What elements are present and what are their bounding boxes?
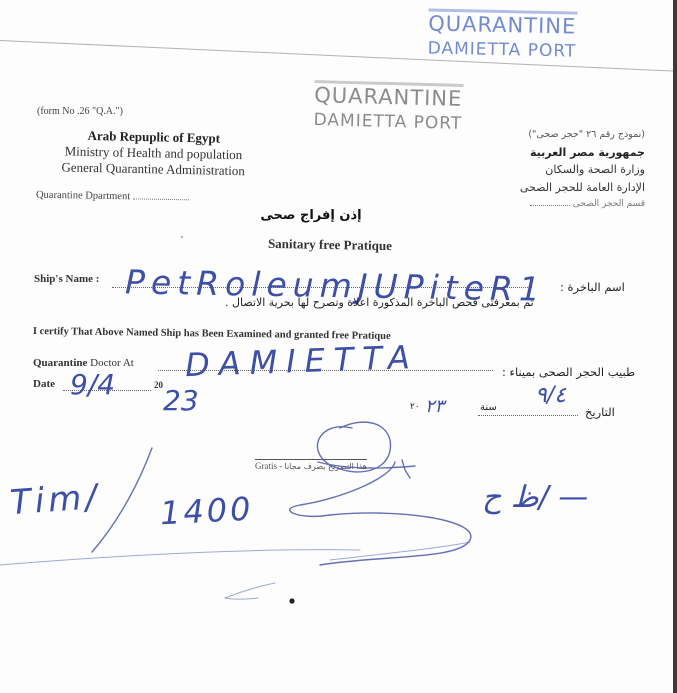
year-handwritten: 23 xyxy=(163,384,199,417)
ship-name-label: Ship's Name : xyxy=(34,273,99,285)
year-handwritten-ar: ٢٣ xyxy=(425,396,444,417)
department-blank-ar xyxy=(530,197,570,206)
administration-name-ar: الإدارة العامة للحجر الصحى xyxy=(445,179,645,197)
gratis-note: Gratis - هذا التصريح يصرف مجانا xyxy=(255,459,367,471)
title-en: Sanitary free Pratique xyxy=(255,236,405,255)
department-blank xyxy=(133,190,189,200)
department-field-ar: قسم الحجر الصحى xyxy=(445,196,645,214)
certify-text-en: I certify That Above Named Ship has Been… xyxy=(33,326,391,342)
stamp-line-1: QUARANTINE xyxy=(314,80,463,110)
stamp-line-2: DAMIETTA PORT xyxy=(428,40,577,60)
year-label-ar: سنة xyxy=(480,402,497,413)
quarantine-stamp-gray: QUARANTINE DAMIETTA PORT xyxy=(313,80,463,133)
ministry-name-ar: وزارة الصحة والسكان xyxy=(445,161,645,179)
date-label: Date xyxy=(33,378,55,390)
header-ar: (نموذج رقم ٢٦ "حجر صحى") جمهورية مصر الع… xyxy=(445,126,645,214)
year-prefix: 20 xyxy=(154,380,163,390)
form-number-en: (form No .26 "Q.A.") xyxy=(37,106,123,117)
year-prefix-ar: ٢٠ xyxy=(410,402,420,412)
quarantine-stamp-blue: QUARANTINE DAMIETTA PORT xyxy=(428,8,578,60)
gratis-en: Gratis - xyxy=(255,461,282,471)
certificate-page: QUARANTINE DAMIETTA PORT QUARANTINE DAMI… xyxy=(0,0,673,693)
stamp-line-2: DAMIETTA PORT xyxy=(313,112,462,133)
ship-name-label-ar: اسم الباخرة : xyxy=(560,280,625,294)
gratis-ar: هذا التصريح يصرف مجانا xyxy=(285,462,368,471)
date-handwritten-ar: ٩/٤ xyxy=(535,383,566,408)
title-ar: إذن إفراج صحى xyxy=(256,208,366,223)
doctor-label-ar: طبيب الحجر الصحى بميناء : xyxy=(502,365,635,379)
time-value-handwritten: 1400 xyxy=(159,490,254,533)
administration-name-en: General Quarantine Administration xyxy=(43,159,263,180)
header-en: Arab Repuplic of Egypt Ministry of Healt… xyxy=(43,127,264,180)
time-label-handwritten: Tim/ xyxy=(9,477,102,523)
scan-edge-border xyxy=(673,0,677,693)
stamp-line-1: QUARANTINE xyxy=(428,8,577,37)
department-label-ar: قسم الحجر الصحى xyxy=(573,199,645,209)
country-name-ar: جمهورية مصر العربية xyxy=(445,144,645,162)
date-blank-ar xyxy=(478,415,578,416)
arabic-note-handwritten: ظ ح/ — xyxy=(482,480,588,515)
department-field-en: Quarantine Dpartment xyxy=(36,189,189,204)
certify-text-ar: تم بمعرفتى فحص الباخرة المذكورة اعلاة وت… xyxy=(225,296,534,309)
date-label-ar: التاريخ xyxy=(585,405,615,419)
form-number-ar: (نموذج رقم ٢٦ "حجر صحى") xyxy=(445,126,645,144)
department-label-en: Quarantine Dpartment xyxy=(36,190,130,203)
date-handwritten: 9/4 xyxy=(70,368,115,401)
port-handwritten: DAMIETTA xyxy=(184,338,419,384)
